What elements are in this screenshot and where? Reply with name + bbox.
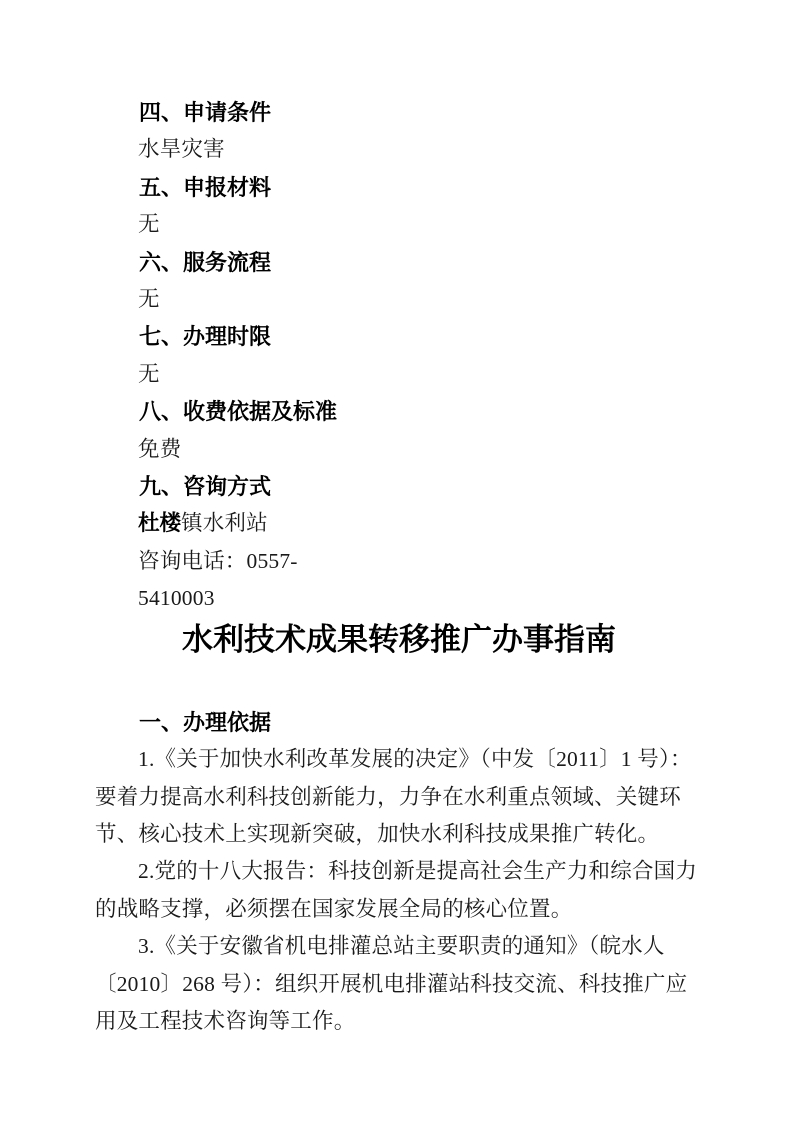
section-heading-processing-time-limit: 七、办理时限 — [95, 318, 703, 355]
section-value-application-conditions: 水旱灾害 — [95, 131, 703, 168]
consultation-phone-line-2: 5410003 — [95, 580, 703, 617]
section-heading-fee-basis: 八、收费依据及标准 — [95, 393, 703, 430]
paragraph-basis-3: 3.《关于安徽省机电排灌总站主要职责的通知》（皖水人〔2010〕268 号）：组… — [95, 928, 703, 1040]
section-heading-handling-basis: 一、办理依据 — [95, 704, 703, 741]
section-value-application-materials: 无 — [95, 206, 703, 243]
section-heading-application-materials: 五、申报材料 — [95, 169, 703, 206]
section-value-service-process: 无 — [95, 281, 703, 318]
consultation-phone-line-1: 咨询电话：0557- — [95, 543, 703, 580]
section-heading-consultation-method: 九、咨询方式 — [95, 468, 703, 505]
document-page: 四、申请条件 水旱灾害 五、申报材料 无 六、服务流程 无 七、办理时限 无 八… — [0, 0, 793, 1122]
section-heading-service-process: 六、服务流程 — [95, 244, 703, 281]
section-value-fee-basis: 免费 — [95, 431, 703, 468]
paragraph-basis-2: 2.党的十八大报告：科技创新是提高社会生产力和综合国力的战略支撑，必须摆在国家发… — [95, 853, 703, 928]
section-value-processing-time-limit: 无 — [95, 356, 703, 393]
section-heading-application-conditions: 四、申请条件 — [95, 94, 703, 131]
paragraph-basis-1: 1.《关于加快水利改革发展的决定》（中发〔2011〕1 号）：要着力提高水利科技… — [95, 741, 703, 853]
consultation-office-name-rest: 镇水利站 — [181, 511, 268, 535]
document-title: 水利技术成果转移推广办事指南 — [95, 618, 703, 662]
consultation-office-name-bold: 杜楼 — [138, 511, 181, 535]
consultation-office-line: 杜楼镇水利站 — [95, 505, 703, 542]
